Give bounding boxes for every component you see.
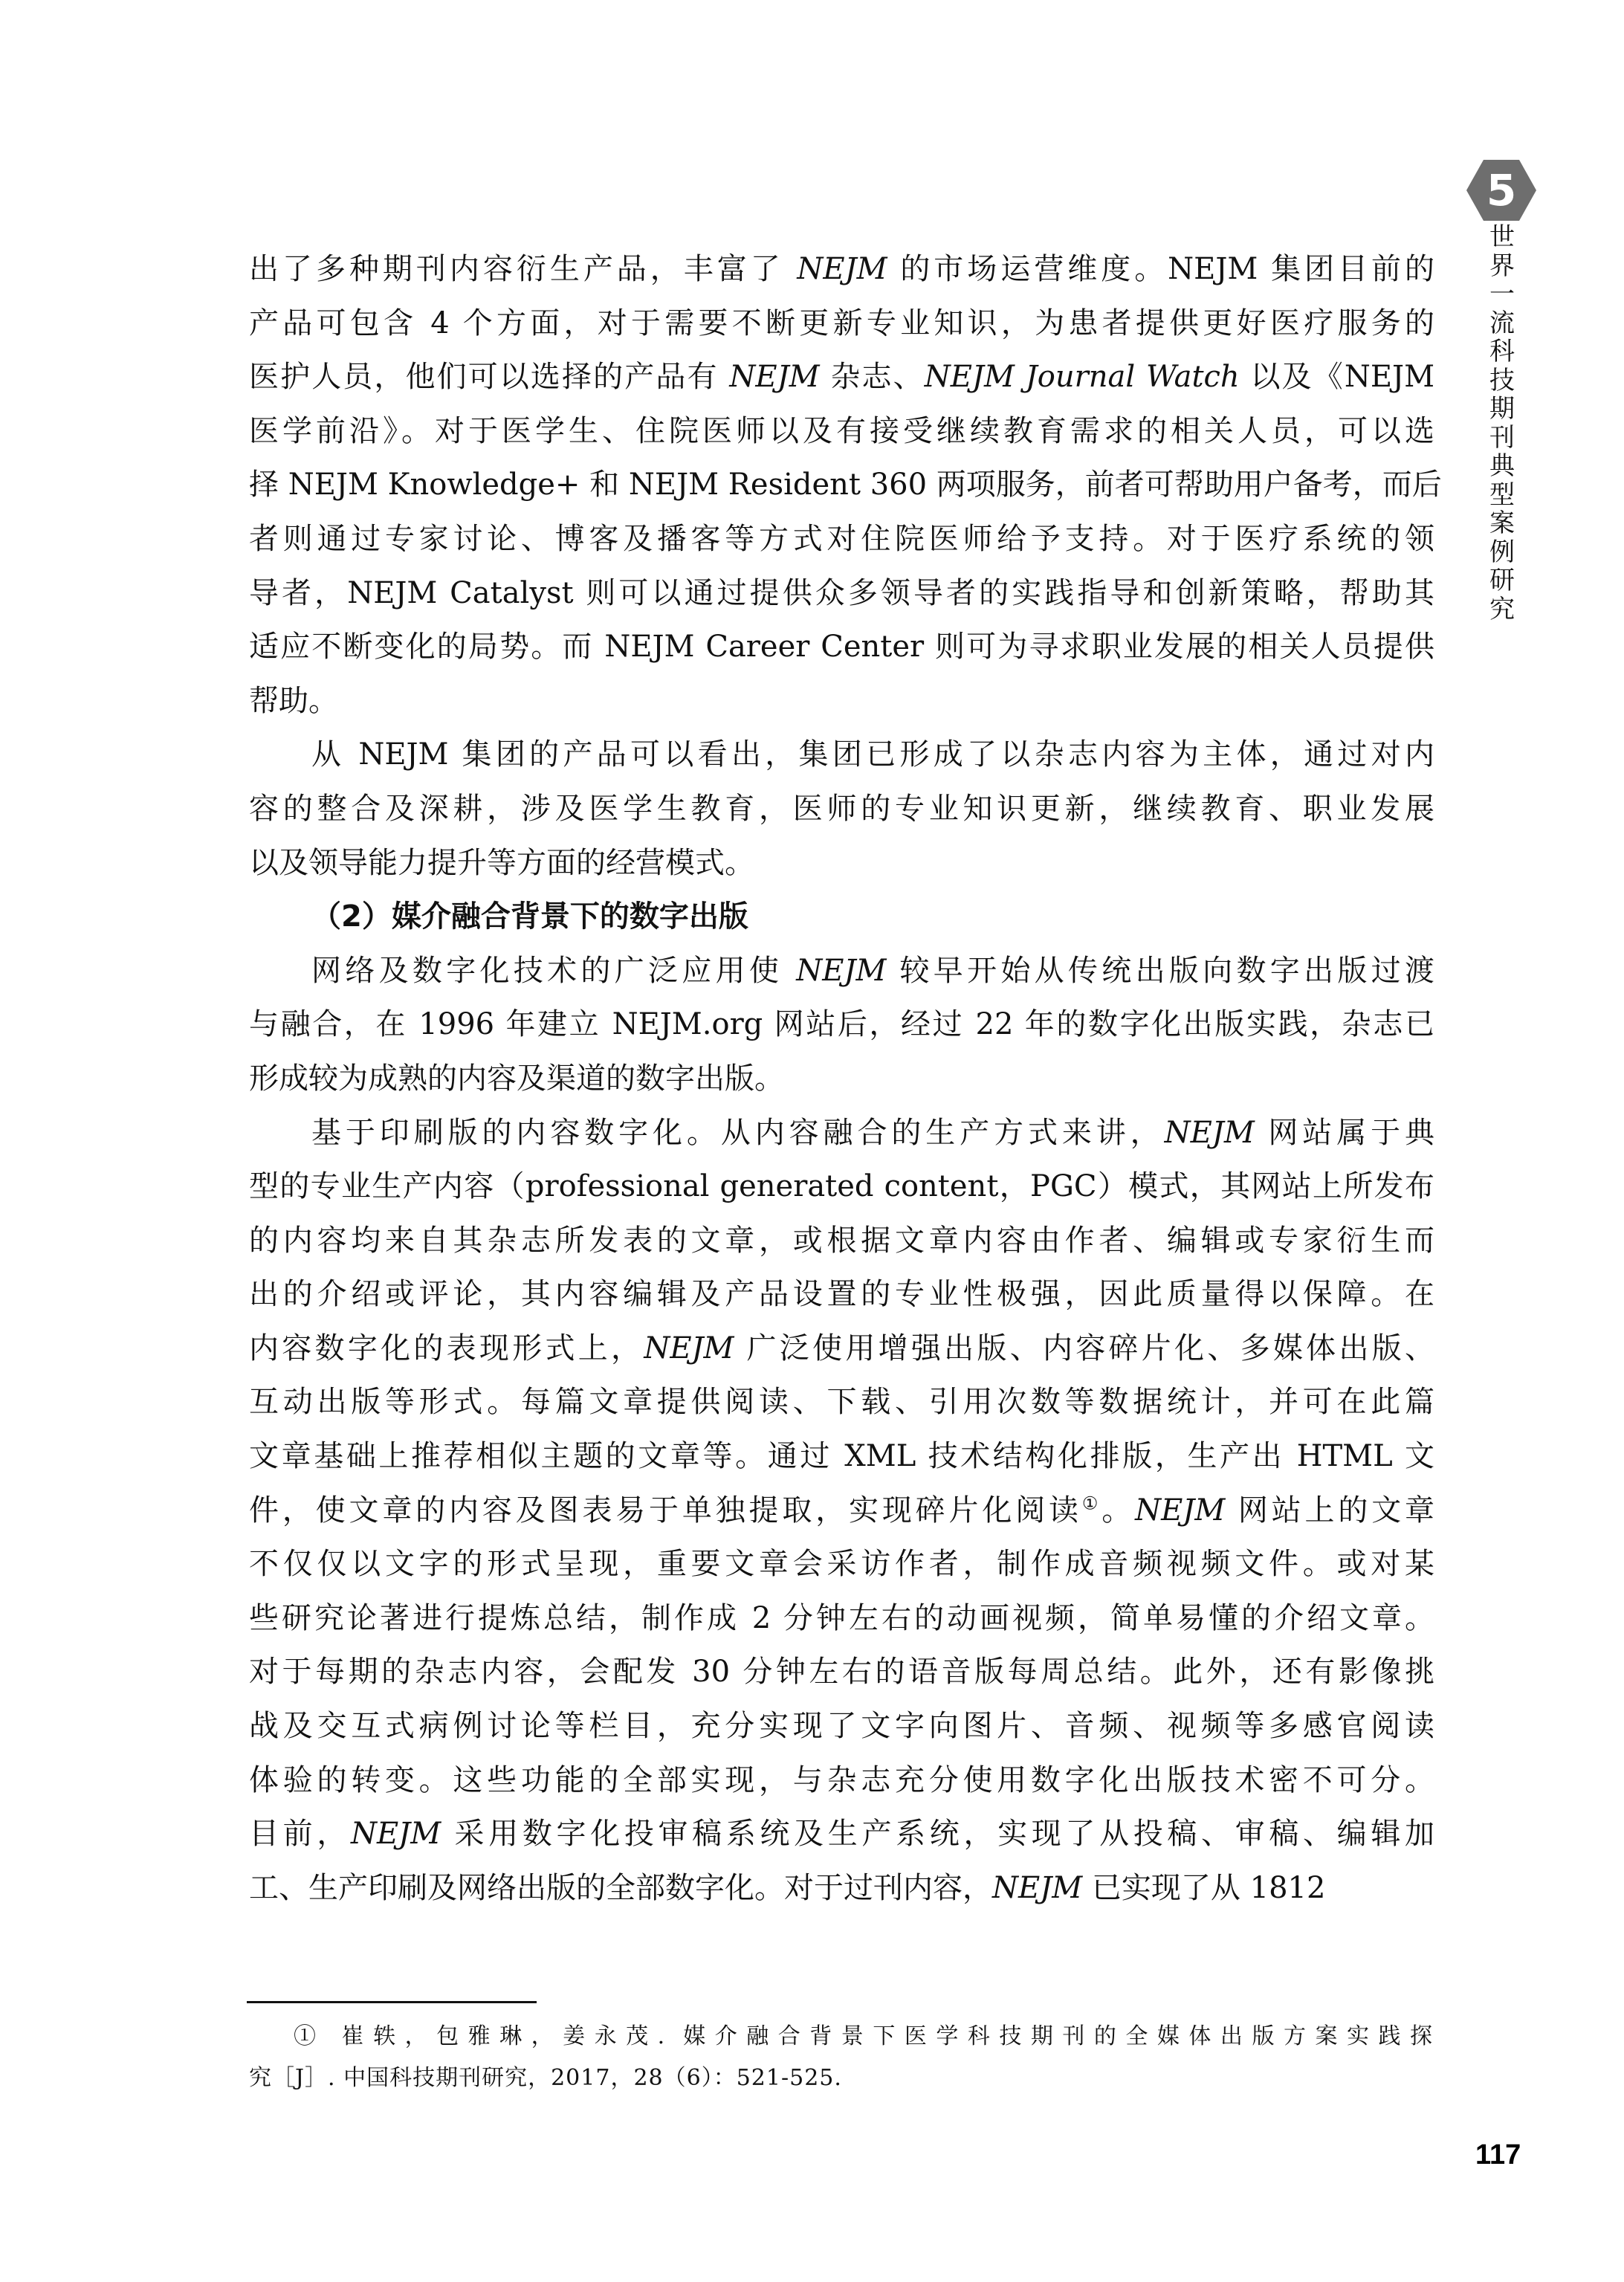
text-line: 些研究论著进行提炼总结，制作成 2 分钟左右的动画视频，简单易懂的介绍文章。 [249, 1591, 1434, 1646]
side-title-char: 案 [1489, 509, 1515, 538]
text-line: 从 NEJM 集团的产品可以看出，集团已形成了以杂志内容为主体，通过对内 [249, 728, 1434, 782]
body-text: 出了多种期刊内容衍生产品，丰富了 NEJM 的市场运营维度。NEJM 集团目前的… [249, 242, 1434, 1915]
text-line: 的内容均来自其杂志所发表的文章，或根据文章内容由作者、编辑或专家衍生而 [249, 1214, 1434, 1268]
text-line: 与融合，在 1996 年建立 NEJM.org 网站后，经过 22 年的数字化出… [249, 998, 1434, 1052]
text-line: 者则通过专家讨论、博客及播客等方式对住院医师给予支持。对于医疗系统的领 [249, 512, 1434, 566]
side-title-char: 一 [1489, 280, 1515, 309]
text-line: 医护人员，他们可以选择的产品有 NEJM 杂志、NEJM Journal Wat… [249, 350, 1434, 404]
paragraph-digital-publishing: 网络及数字化技术的广泛应用使 NEJM 较早开始从传统出版向数字出版过渡与融合，… [249, 944, 1434, 1106]
text-line: 工、生产印刷及网络出版的全部数字化。对于过刊内容，NEJM 已实现了从 1812 [249, 1861, 1434, 1916]
italic-term: NEJM [1165, 1116, 1255, 1150]
text-line: 医学前沿》。对于医学生、住院医师以及有接受继续教育需求的相关人员，可以选 [249, 404, 1434, 459]
footnote-line: 究［J］. 中国科技期刊研究，2017，28（6）：521-525. [249, 2058, 1434, 2099]
italic-term: NEJM Journal Watch [925, 360, 1240, 394]
paragraph-summary: 从 NEJM 集团的产品可以看出，集团已形成了以杂志内容为主体，通过对内容的整合… [249, 728, 1434, 890]
footnote-marker[interactable]: ① [1082, 1493, 1101, 1513]
footnote-line: ① 崔轶，包雅琳，姜永茂. 媒介融合背景下医学科技期刊的全媒体出版方案实践探 [249, 2016, 1434, 2058]
running-chapter-title: 世 界 一 流 科 技 期 刊 典 型 案 例 研 究 [1489, 223, 1515, 624]
text-line: 型的专业生产内容（professional generated content，… [249, 1160, 1434, 1214]
text-line: 出的介绍或评论，其内容编辑及产品设置的专业性极强，因此质量得以保障。在 [249, 1267, 1434, 1322]
text-line: 目前，NEJM 采用数字化投审稿系统及生产系统，实现了从投稿、审稿、编辑加 [249, 1807, 1434, 1861]
text-line: 战及交互式病例讨论等栏目，充分实现了文字向图片、音频、视频等多感官阅读 [249, 1699, 1434, 1753]
italic-term: NEJM [992, 1871, 1082, 1905]
text-line: 体验的转变。这些功能的全部实现，与杂志充分使用数字化出版技术密不可分。 [249, 1753, 1434, 1808]
text-line: 不仅仅以文字的形式呈现，重要文章会采访作者，制作成音频视频文件。或对某 [249, 1537, 1434, 1591]
side-title-char: 型 [1489, 481, 1515, 510]
section-heading: （2）媒介融合背景下的数字出版 [249, 890, 1434, 944]
chapter-badge: 5 [1466, 160, 1536, 221]
paragraph-products: 出了多种期刊内容衍生产品，丰富了 NEJM 的市场运营维度。NEJM 集团目前的… [249, 242, 1434, 728]
text-line: 出了多种期刊内容衍生产品，丰富了 NEJM 的市场运营维度。NEJM 集团目前的 [249, 242, 1434, 297]
italic-term: NEJM [796, 954, 886, 988]
text-line: 内容数字化的表现形式上，NEJM 广泛使用增强出版、内容碎片化、多媒体出版、 [249, 1322, 1434, 1376]
side-title-char: 刊 [1489, 424, 1515, 453]
side-title-char: 流 [1489, 309, 1515, 338]
side-title-char: 技 [1489, 366, 1515, 395]
side-title-char: 究 [1489, 595, 1515, 624]
text-line: 导者，NEJM Catalyst 则可以通过提供众多领导者的实践指导和创新策略，… [249, 566, 1434, 621]
text-line: 文章基础上推荐相似主题的文章等。通过 XML 技术结构化排版，生产出 HTML … [249, 1429, 1434, 1484]
page-number: 117 [1475, 2139, 1521, 2171]
side-title-char: 界 [1489, 252, 1515, 281]
chapter-number: 5 [1466, 160, 1536, 221]
italic-term: NEJM [351, 1817, 441, 1851]
side-title-char: 研 [1489, 566, 1515, 595]
side-title-char: 世 [1489, 223, 1515, 252]
text-line: 产品可包含 4 个方面，对于需要不断更新专业知识，为患者提供更好医疗服务的 [249, 297, 1434, 351]
text-line: 形成较为成熟的内容及渠道的数字出版。 [249, 1052, 1434, 1106]
italic-term: NEJM [1135, 1493, 1225, 1528]
paragraph-content-digitization: 基于印刷版的内容数字化。从内容融合的生产方式来讲，NEJM 网站属于典型的专业生… [249, 1106, 1434, 1916]
text-line: 件，使文章的内容及图表易于单独提取，实现碎片化阅读①。NEJM 网站上的文章 [249, 1484, 1434, 1538]
book-page: 5 世 界 一 流 科 技 期 刊 典 型 案 例 研 究 出了多种期刊内容衍生… [0, 0, 1624, 2282]
text-line: 适应不断变化的局势。而 NEJM Career Center 则可为寻求职业发展… [249, 620, 1434, 674]
text-line: 对于每期的杂志内容，会配发 30 分钟左右的语音版每周总结。此外，还有影像挑 [249, 1645, 1434, 1699]
text-line: 网络及数字化技术的广泛应用使 NEJM 较早开始从传统出版向数字出版过渡 [249, 944, 1434, 998]
italic-term: NEJM [644, 1331, 734, 1365]
italic-term: NEJM [729, 360, 819, 394]
text-line: 以及领导能力提升等方面的经营模式。 [249, 836, 1434, 891]
side-title-char: 期 [1489, 395, 1515, 424]
text-line: 帮助。 [249, 674, 1434, 728]
side-title-char: 典 [1489, 452, 1515, 481]
italic-term: NEJM [797, 252, 887, 286]
footnote-divider [247, 2001, 537, 2003]
text-line: 基于印刷版的内容数字化。从内容融合的生产方式来讲，NEJM 网站属于典 [249, 1106, 1434, 1160]
footnote: ① 崔轶，包雅琳，姜永茂. 媒介融合背景下医学科技期刊的全媒体出版方案实践探 究… [249, 2016, 1434, 2099]
text-line: 择 NEJM Knowledge+ 和 NEJM Resident 360 两项… [249, 458, 1434, 512]
side-title-char: 科 [1489, 337, 1515, 366]
text-line: 互动出版等形式。每篇文章提供阅读、下载、引用次数等数据统计，并可在此篇 [249, 1375, 1434, 1429]
text-line: 容的整合及深耕，涉及医学生教育，医师的专业知识更新，继续教育、职业发展 [249, 782, 1434, 836]
side-title-char: 例 [1489, 538, 1515, 567]
